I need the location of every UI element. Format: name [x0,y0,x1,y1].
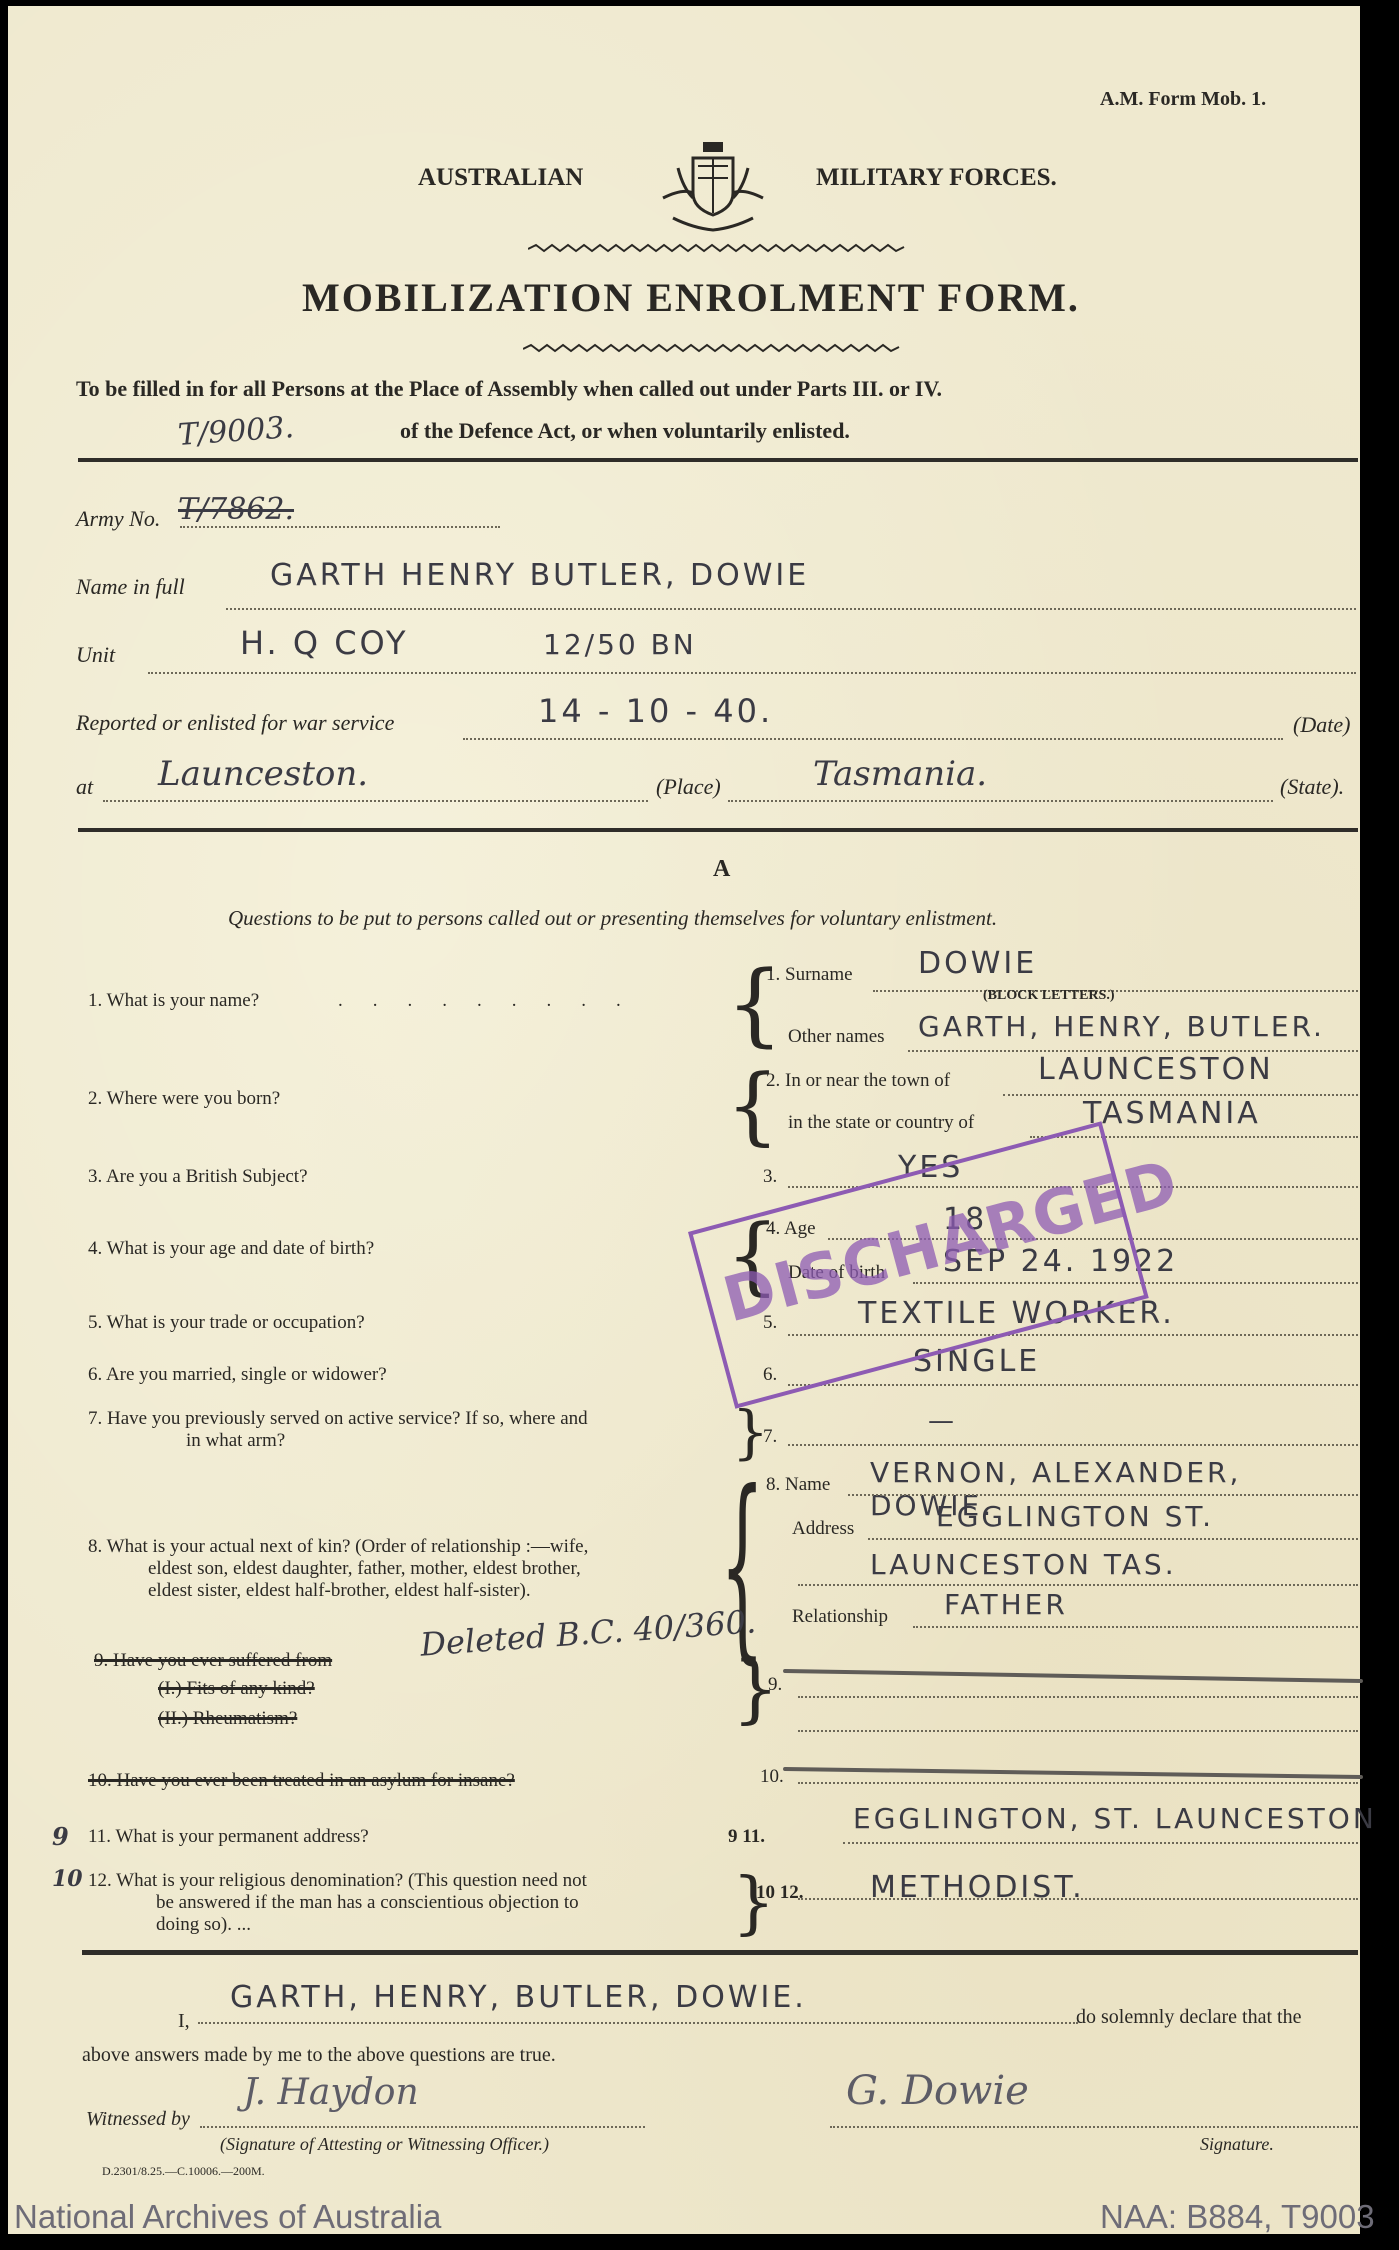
form-page: A.M. Form Mob. 1. AUSTRALIAN MILITARY FO… [8,6,1360,2234]
question-9-sub-1: (I.) Fits of any kind? [158,1678,315,1700]
kin-address-label: Address [792,1518,854,1540]
permanent-address-value[interactable]: EGGLINGTON, ST. LAUNCESTON [853,1802,1377,1835]
state-value[interactable]: Tasmania. [813,754,987,794]
unit-value-company[interactable]: H. Q COY [240,624,409,662]
decorative-wave-icon [528,242,908,254]
question-6: 6. Are you married, single or widower? [88,1364,387,1386]
question-4: 4. What is your age and date of birth? [88,1238,374,1260]
question-12-line-1: 12. What is your religious denomination?… [88,1870,587,1892]
kin-address-line-1[interactable]: EGGLINGTON ST. [936,1500,1214,1533]
question-9-deleted: 9. Have you ever suffered from [94,1650,332,1672]
question-8-line-1: 8. What is your actual next of kin? (Ord… [88,1536,588,1558]
question-10-deleted: 10. Have you ever been treated in an asy… [88,1770,515,1792]
kin-name-label: 8. Name [766,1474,830,1496]
question-8-line-3: eldest sister, eldest half-brother, elde… [148,1580,531,1602]
handwritten-service-number: T/9003. [177,410,295,453]
surname-label: 1. Surname [766,964,853,986]
signature-caption: Signature. [1200,2134,1274,2155]
relationship-value[interactable]: FATHER [944,1588,1068,1621]
archive-reference: NAA: B884, T9003 [1100,2198,1375,2236]
question-8-line-2: eldest son, eldest daughter, father, mot… [148,1558,581,1580]
declaration-text-line-2: above answers made by me to the above qu… [82,2044,556,2067]
coat-of-arms-icon [653,138,773,238]
other-names-label: Other names [788,1026,885,1048]
applicant-signature[interactable]: G. Dowie [846,2068,1029,2114]
question-7-line-1: 7. Have you previously served on active … [88,1408,588,1430]
enlisted-date-value[interactable]: 14 - 10 - 40. [538,692,773,730]
declaration-prefix: I, [178,2010,190,2033]
strike-line [783,1669,1363,1683]
enlisted-label: Reported or enlisted for war service [76,710,394,736]
surname-value[interactable]: DOWIE [918,946,1037,981]
header-left-title: AUSTRALIAN [418,164,583,192]
archive-watermark: National Archives of Australia [14,2198,441,2236]
witnessed-by-label: Witnessed by [86,2108,190,2131]
army-no-value[interactable]: T/7862. [178,492,294,527]
state-country-label: in the state or country of [788,1112,974,1134]
previous-service-value[interactable]: — [928,1406,957,1436]
print-code: D.2301/8.25.—C.10006.—200M. [102,2164,265,2179]
witness-signature[interactable]: J. Haydon [243,2072,419,2113]
question-7-line-2: in what arm? [186,1430,285,1452]
question-12-line-3: doing so). ... [156,1914,251,1936]
town-label: 2. In or near the town of [766,1070,950,1092]
divider [78,828,1358,832]
state-label: (State). [1280,774,1344,800]
section-subtitle: Questions to be put to persons called ou… [228,906,997,931]
form-code: A.M. Form Mob. 1. [1100,88,1266,111]
name-in-full-value[interactable]: GARTH HENRY BUTLER, DOWIE [270,558,809,593]
name-in-full-label: Name in full [76,574,185,600]
unit-label: Unit [76,642,115,668]
place-value[interactable]: Launceston. [158,754,368,794]
section-letter: A [713,856,730,883]
decorative-wave-icon [523,342,903,354]
question-9-sub-2: (II.) Rheumatism? [158,1708,297,1730]
question-11: 11. What is your permanent address? [88,1826,369,1848]
deleted-annotation: Deleted B.C. 40/360. [419,1602,757,1663]
divider [78,458,1358,462]
unit-value-battalion[interactable]: 12/50 BN [543,628,697,661]
declaration-text: do solemnly declare that the [1076,2006,1301,2029]
renumber-9: 9 [52,1822,69,1851]
renumber-10: 10 [52,1866,83,1892]
relationship-label: Relationship [792,1606,888,1628]
town-value[interactable]: LAUNCESTON [1038,1052,1274,1087]
main-title: MOBILIZATION ENROLMENT FORM. [302,274,1080,321]
place-label: (Place) [656,774,721,800]
question-2: 2. Where were you born? [88,1088,280,1110]
header-right-title: MILITARY FORCES. [816,164,1057,192]
state-country-value[interactable]: TASMANIA [1083,1096,1261,1131]
block-letters-note: (BLOCK LETTERS.) [983,988,1114,1004]
divider [82,1950,1358,1955]
army-no-label: Army No. [76,506,160,532]
declaration-name-value[interactable]: GARTH, HENRY, BUTLER, DOWIE. [230,1980,807,2015]
at-label: at [76,774,93,800]
witness-caption: (Signature of Attesting or Witnessing Of… [220,2134,549,2155]
kin-address-line-2[interactable]: LAUNCESTON TAS. [870,1548,1177,1581]
question-1: 1. What is your name? [88,990,259,1012]
instructions-line-2: of the Defence Act, or when voluntarily … [400,418,850,444]
question-3: 3. Are you a British Subject? [88,1166,308,1188]
other-names-value[interactable]: GARTH, HENRY, BUTLER. [918,1010,1325,1043]
question-12-line-2: be answered if the man has a conscientio… [156,1892,579,1914]
date-label: (Date) [1293,712,1350,738]
instructions-line-1: To be filled in for all Persons at the P… [76,376,942,402]
question-5: 5. What is your trade or occupation? [88,1312,365,1334]
strike-line [783,1767,1363,1779]
